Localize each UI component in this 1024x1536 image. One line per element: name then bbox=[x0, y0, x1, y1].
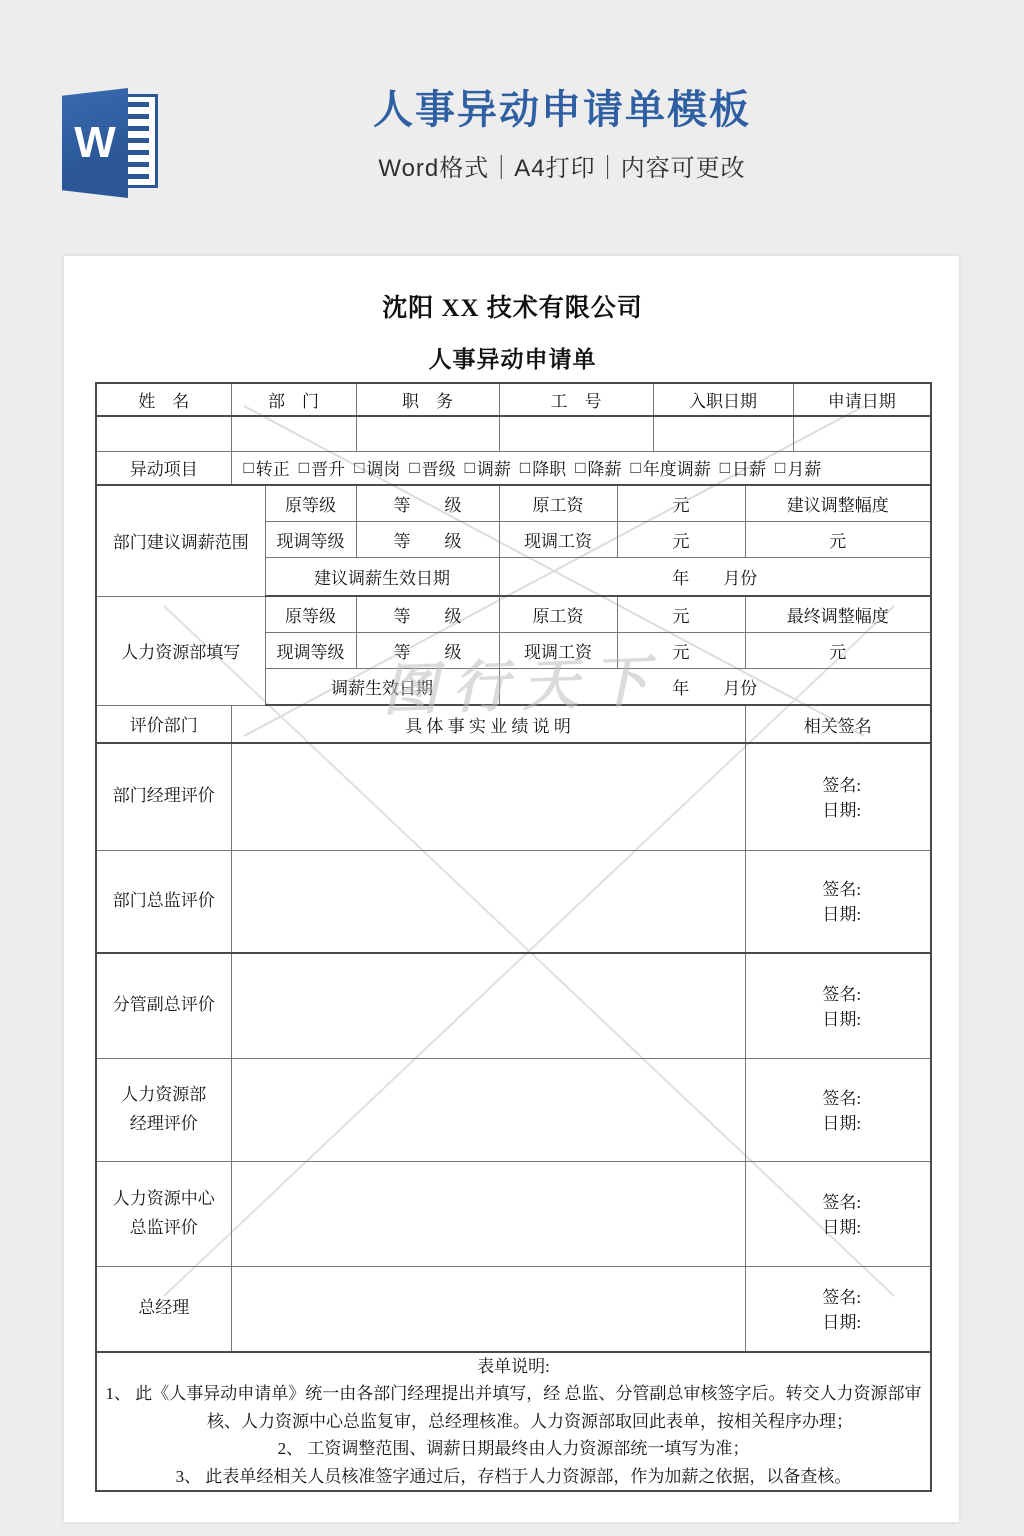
option-jiangzhi: □降职 bbox=[520, 455, 566, 480]
header-department: 部 门 bbox=[231, 383, 356, 416]
option-zhuanzheng: □转正 bbox=[244, 455, 290, 480]
hr-new-grade-label: 现调等级 bbox=[265, 632, 356, 668]
option-rixin: □日薪 bbox=[720, 455, 766, 480]
eval-row-dept-manager: 部门经理评价 签名:日期: bbox=[96, 743, 931, 850]
eval-header-row: 评价部门 具 体 事 实 业 绩 说 明 相关签名 bbox=[96, 705, 931, 743]
eval-row-hr-manager: 人力资源部 经理评价 签名:日期: bbox=[96, 1058, 931, 1161]
sign-label: 签名: bbox=[760, 1188, 925, 1213]
sign-label: 签名: bbox=[760, 1084, 925, 1109]
signature-cell: 签名:日期: bbox=[745, 850, 931, 953]
eval-comment-cell bbox=[231, 1058, 745, 1161]
dept-grade-row: 部门建议调薪范围 原等级 等 级 原工资 元 建议调整幅度 bbox=[96, 485, 931, 521]
department-input-cell bbox=[231, 416, 356, 451]
eval-label: 总经理 bbox=[96, 1266, 231, 1352]
notes-cell: 表单说明: 1、 此《人事异动申请单》统一由各部门经理提出并填写，经 总监、分管… bbox=[96, 1352, 931, 1492]
note-item-1: 1、 此《人事异动申请单》统一由各部门经理提出并填写，经 总监、分管副总审核签字… bbox=[97, 1380, 930, 1435]
checkbox-icon: □ bbox=[409, 458, 419, 478]
option-tiaoxin: □调薪 bbox=[465, 455, 511, 480]
eval-label: 部门总监评价 bbox=[96, 850, 231, 953]
dept-grade-value: 等 级 bbox=[356, 485, 499, 521]
hr-old-salary-label: 原工资 bbox=[499, 596, 617, 632]
notes-title: 表单说明: bbox=[97, 1353, 930, 1381]
sign-label: 签名: bbox=[760, 980, 925, 1005]
hr-effective-date-label: 调薪生效日期 bbox=[265, 668, 499, 705]
hr-new-salary-unit: 元 bbox=[617, 632, 745, 668]
checkbox-icon: □ bbox=[575, 458, 585, 478]
option-jinji: □晋级 bbox=[409, 455, 455, 480]
hr-effective-date-value: 年 月份 bbox=[499, 668, 931, 705]
hr-new-salary-label: 现调工资 bbox=[499, 632, 617, 668]
hr-new-grade-value: 等 级 bbox=[356, 632, 499, 668]
info-header-row: 姓 名 部 门 职 务 工 号 入职日期 申请日期 bbox=[96, 383, 931, 416]
employee-id-input-cell bbox=[499, 416, 653, 451]
signature-cell: 签名:日期: bbox=[745, 1161, 931, 1266]
date-label: 日期: bbox=[760, 1005, 925, 1030]
checkbox-icon: □ bbox=[720, 458, 730, 478]
checkbox-icon: □ bbox=[465, 458, 475, 478]
page-background: W 人事异动申请单模板 Word格式｜A4打印｜内容可更改 图行天下 沈阳 XX… bbox=[0, 0, 1024, 1536]
date-label: 日期: bbox=[760, 1308, 925, 1333]
notes-row: 表单说明: 1、 此《人事异动申请单》统一由各部门经理提出并填写，经 总监、分管… bbox=[96, 1352, 931, 1492]
dept-effective-date-label: 建议调薪生效日期 bbox=[265, 557, 499, 596]
page-title: 人事异动申请单模板 bbox=[100, 86, 1024, 134]
checkbox-icon: □ bbox=[299, 458, 309, 478]
eval-comment-cell bbox=[231, 1266, 745, 1352]
date-label: 日期: bbox=[760, 796, 925, 821]
dept-new-grade-value: 等 级 bbox=[356, 521, 499, 557]
info-input-row bbox=[96, 416, 931, 451]
eval-label: 人力资源部 经理评价 bbox=[96, 1058, 231, 1161]
checkbox-icon: □ bbox=[520, 458, 530, 478]
header-hire-date: 入职日期 bbox=[653, 383, 793, 416]
dept-adjust-range-label: 建议调整幅度 bbox=[745, 485, 931, 521]
hr-grade-value: 等 级 bbox=[356, 596, 499, 632]
dept-effective-date-value: 年 月份 bbox=[499, 557, 931, 596]
sign-label: 签名: bbox=[760, 1283, 925, 1308]
site-header: W 人事异动申请单模板 Word格式｜A4打印｜内容可更改 bbox=[0, 0, 1024, 256]
hr-old-grade-label: 原等级 bbox=[265, 596, 356, 632]
form-table: 姓 名 部 门 职 务 工 号 入职日期 申请日期 bbox=[95, 382, 932, 1492]
dept-new-grade-label: 现调等级 bbox=[265, 521, 356, 557]
company-name: 沈阳 XX 技术有限公司 bbox=[95, 256, 930, 324]
eval-row-general-manager: 总经理 签名:日期: bbox=[96, 1266, 931, 1352]
header-apply-date: 申请日期 bbox=[793, 383, 931, 416]
eval-header-signature: 相关签名 bbox=[745, 705, 931, 743]
eval-comment-cell bbox=[231, 743, 745, 850]
eval-comment-cell bbox=[231, 1161, 745, 1266]
eval-header-dept: 评价部门 bbox=[96, 705, 231, 743]
eval-row-hr-center-director: 人力资源中心 总监评价 签名:日期: bbox=[96, 1161, 931, 1266]
eval-label: 人力资源中心 总监评价 bbox=[96, 1161, 231, 1266]
checkbox-icon: □ bbox=[630, 458, 640, 478]
hr-old-salary-unit: 元 bbox=[617, 596, 745, 632]
checkbox-icon: □ bbox=[354, 458, 364, 478]
position-input-cell bbox=[356, 416, 499, 451]
hire-date-input-cell bbox=[653, 416, 793, 451]
header-name: 姓 名 bbox=[96, 383, 231, 416]
signature-cell: 签名:日期: bbox=[745, 743, 931, 850]
dept-new-salary-label: 现调工资 bbox=[499, 521, 617, 557]
hr-final-range-unit: 元 bbox=[745, 632, 931, 668]
option-niandu-tiaoxin: □年度调薪 bbox=[630, 455, 710, 480]
hr-section-label: 人力资源部填写 bbox=[96, 596, 265, 705]
form-title: 人事异动申请单 bbox=[95, 346, 930, 374]
header-position: 职 务 bbox=[356, 383, 499, 416]
note-item-3: 3、 此表单经相关人员核准签字通过后，存档于人力资源部，作为加薪之依据，以备查核… bbox=[97, 1463, 930, 1491]
eval-comment-cell bbox=[231, 953, 745, 1058]
dept-new-salary-unit: 元 bbox=[617, 521, 745, 557]
hr-grade-row: 人力资源部填写 原等级 等 级 原工资 元 最终调整幅度 bbox=[96, 596, 931, 632]
dept-old-grade-label: 原等级 bbox=[265, 485, 356, 521]
eval-label: 分管副总评价 bbox=[96, 953, 231, 1058]
dept-section-label: 部门建议调薪范围 bbox=[96, 485, 265, 596]
eval-row-vp: 分管副总评价 签名:日期: bbox=[96, 953, 931, 1058]
hr-final-range-label: 最终调整幅度 bbox=[745, 596, 931, 632]
option-yuexin: □月薪 bbox=[775, 455, 821, 480]
dept-old-salary-unit: 元 bbox=[617, 485, 745, 521]
header-employee-id: 工 号 bbox=[499, 383, 653, 416]
dept-adjust-range-unit: 元 bbox=[745, 521, 931, 557]
document-page: 图行天下 沈阳 XX 技术有限公司 人事异动申请单 姓 名 部 门 职 务 工 … bbox=[64, 256, 959, 1522]
option-jiangxin: □降薪 bbox=[575, 455, 621, 480]
eval-label: 部门经理评价 bbox=[96, 743, 231, 850]
sign-label: 签名: bbox=[760, 875, 925, 900]
dept-old-salary-label: 原工资 bbox=[499, 485, 617, 521]
date-label: 日期: bbox=[760, 1109, 925, 1134]
eval-row-dept-director: 部门总监评价 签名:日期: bbox=[96, 850, 931, 953]
name-input-cell bbox=[96, 416, 231, 451]
change-item-row: 异动项目 □转正 □晋升 □调岗 □晋级 □调薪 □降职 □降薪 □年度调薪 □… bbox=[96, 451, 931, 485]
eval-header-description: 具 体 事 实 业 绩 说 明 bbox=[231, 705, 745, 743]
page-subtitle: Word格式｜A4打印｜内容可更改 bbox=[100, 148, 1024, 183]
note-item-2: 2、 工资调整范围、调薪日期最终由人力资源部统一填写为准； bbox=[97, 1435, 930, 1463]
change-item-options: □转正 □晋升 □调岗 □晋级 □调薪 □降职 □降薪 □年度调薪 □日薪 □月… bbox=[231, 451, 931, 485]
option-diaogang: □调岗 bbox=[354, 455, 400, 480]
date-label: 日期: bbox=[760, 900, 925, 925]
apply-date-input-cell bbox=[793, 416, 931, 451]
option-jinsheng: □晋升 bbox=[299, 455, 345, 480]
checkbox-icon: □ bbox=[775, 458, 785, 478]
signature-cell: 签名:日期: bbox=[745, 953, 931, 1058]
checkbox-icon: □ bbox=[244, 458, 254, 478]
change-item-label: 异动项目 bbox=[96, 451, 231, 485]
signature-cell: 签名:日期: bbox=[745, 1266, 931, 1352]
eval-comment-cell bbox=[231, 850, 745, 953]
signature-cell: 签名:日期: bbox=[745, 1058, 931, 1161]
sign-label: 签名: bbox=[760, 771, 925, 796]
date-label: 日期: bbox=[760, 1213, 925, 1238]
header-text: 人事异动申请单模板 Word格式｜A4打印｜内容可更改 bbox=[100, 86, 1024, 183]
